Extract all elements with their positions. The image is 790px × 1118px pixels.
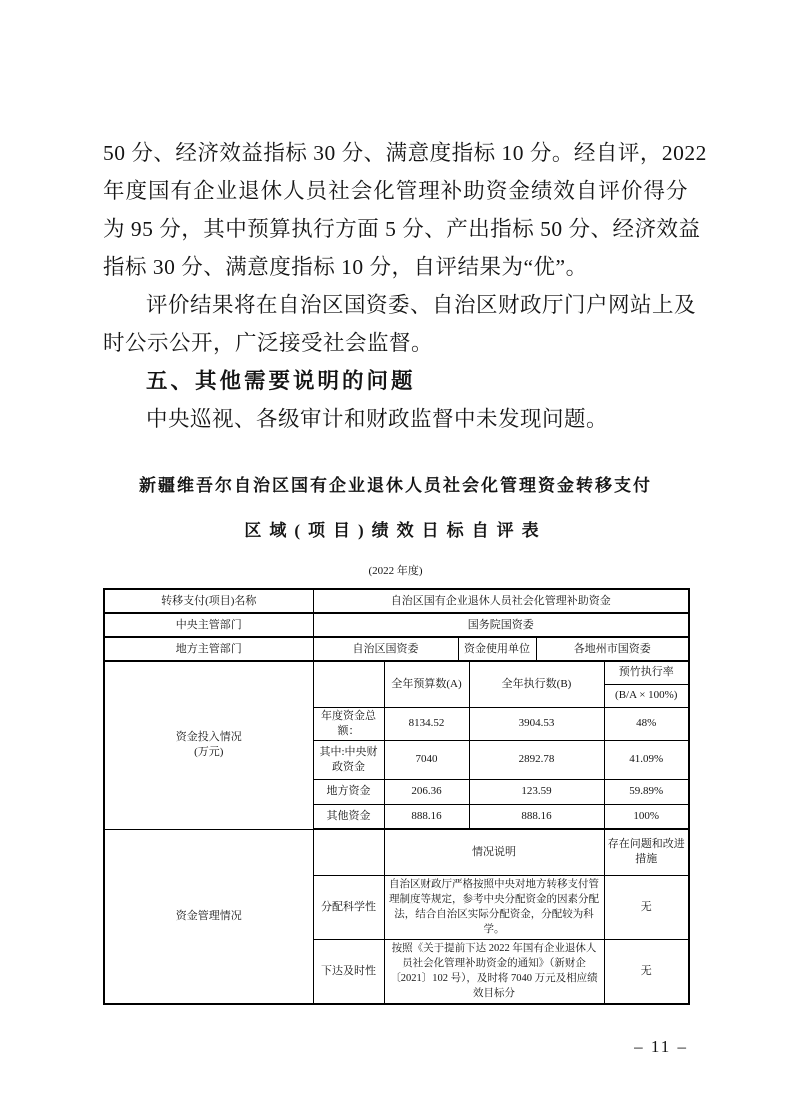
row-label-transfer-name: 转移支付(项目)名称 [104, 589, 313, 613]
fund-investment-line1: 资金投入情况 [176, 731, 242, 743]
paragraph1-line2: 年度国有企业退休人员社会化管理补助资金绩效自评价得分 [103, 172, 688, 210]
inv-row-local-rate: 59.89% [604, 779, 689, 804]
inv-row-central-label: 其中:中央财政资金 [313, 740, 384, 779]
document-page: 50 分、经济效益指标 30 分、满意度指标 10 分。经自评，2022 年度国… [0, 0, 790, 1118]
table-title-line2: 区域(项目)绩效日标自评表 [103, 519, 688, 543]
inv-row-local-budget: 206.36 [384, 779, 469, 804]
col-header-annual-budget: 全年预算数(A) [384, 661, 469, 707]
paragraph1-line1: 50 分、经济效益指标 30 分、满意度指标 10 分。经自评，2022 [103, 134, 688, 172]
row-label-local-dept: 地方主管部门 [104, 637, 313, 661]
inv-row-other-exec: 888.16 [469, 804, 604, 829]
inv-row-other-label: 其他资金 [313, 804, 384, 829]
table-year-note: (2022 年度) [103, 563, 688, 579]
mgmt-row-timeliness-desc: 按照《关于提前下达 2022 年国有企业退休人员社会化管理补助资金的通知》（新财… [384, 939, 604, 1004]
inv-row-total-budget: 8134.52 [384, 707, 469, 740]
col-header-execution-rate: 预竹执行率 [604, 661, 689, 684]
col-header-execution-rate-formula: (B/A × 100%) [604, 684, 689, 707]
value-local-dept: 自治区国资委 [313, 637, 458, 661]
body-text-block: 50 分、经济效益指标 30 分、满意度指标 10 分。经自评，2022 年度国… [103, 134, 688, 438]
inv-row-total-label: 年度资金总额： [313, 707, 384, 740]
mgmt-row-allocation-desc: 自治区财政厅严格按照中央对地方转移支付管理制度等规定，参考中央分配资金的因素分配… [384, 875, 604, 939]
value-fund-user: 各地州市国资委 [536, 637, 689, 661]
col-header-situation: 情况说明 [384, 829, 604, 875]
col-header-issues: 存在问题和改进措施 [604, 829, 689, 875]
value-central-dept: 国务院国资委 [313, 613, 689, 637]
mgmt-row-allocation-label: 分配科学性 [313, 875, 384, 939]
row-label-central-dept: 中央主管部门 [104, 613, 313, 637]
mgmt-row-allocation-issues: 无 [604, 875, 689, 939]
inv-row-central-budget: 7040 [384, 740, 469, 779]
mgmt-row-timeliness-label: 下达及时性 [313, 939, 384, 1004]
paragraph1-line4: 指标 30 分、满意度指标 10 分，自评结果为“优”。 [103, 248, 688, 286]
inv-row-total-exec: 3904.53 [469, 707, 604, 740]
inv-row-other-budget: 888.16 [384, 804, 469, 829]
section-heading: 五、其他需要说明的问题 [103, 362, 688, 400]
inv-row-central-rate: 41.09% [604, 740, 689, 779]
page-number: – 11 – [103, 1035, 688, 1059]
paragraph2-line1: 评价结果将在自治区国资委、自治区财政厅门户网站上及 [103, 286, 688, 324]
fund-investment-line2: (万元) [194, 746, 223, 758]
inv-row-total-rate: 48% [604, 707, 689, 740]
section-label-fund-management: 资金管理情况 [104, 829, 313, 1004]
inv-row-central-exec: 2892.78 [469, 740, 604, 779]
empty-subheader-cell [313, 661, 384, 707]
inv-row-local-exec: 123.59 [469, 779, 604, 804]
empty-management-cell [313, 829, 384, 875]
value-transfer-name: 自治区国有企业退休人员社会化管理补助资金 [313, 589, 689, 613]
mgmt-row-timeliness-issues: 无 [604, 939, 689, 1004]
inv-row-local-label: 地方资金 [313, 779, 384, 804]
table-title-line1: 新疆维吾尔自治区国有企业退休人员社会化管理资金转移支付 [103, 474, 688, 498]
inv-row-other-rate: 100% [604, 804, 689, 829]
paragraph1-line3: 为 95 分，其中预算执行方面 5 分、产出指标 50 分、经济效益 [103, 210, 688, 248]
paragraph2-line2: 时公示公开，广泛接受社会监督。 [103, 324, 688, 362]
performance-self-eval-table: 转移支付(项目)名称 自治区国有企业退休人员社会化管理补助资金 中央主管部门 国… [103, 588, 690, 1005]
row-label-fund-user: 资金使用单位 [458, 637, 536, 661]
col-header-annual-execution: 全年执行数(B) [469, 661, 604, 707]
paragraph3-line1: 中央巡视、各级审计和财政监督中未发现问题。 [103, 400, 688, 438]
section-label-fund-investment: 资金投入情况 (万元) [104, 661, 313, 829]
